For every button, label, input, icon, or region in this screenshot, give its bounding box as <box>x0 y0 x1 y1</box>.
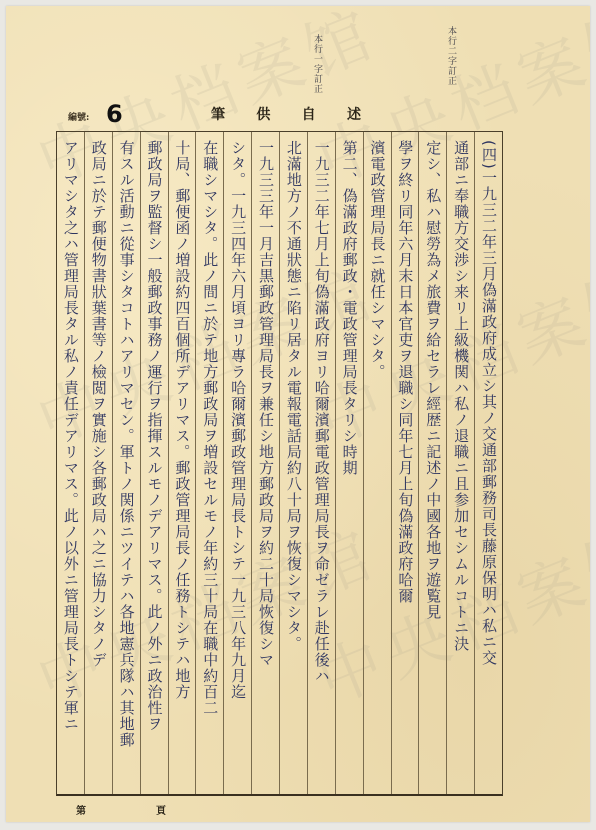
text-column: 在職シマシタ。此ノ間ニ於テ地方郵政局ヲ増設セルモノ年約三十局在職中約百二 <box>195 132 223 794</box>
text-column: 定シ、私ハ慰勞為メ旅費ヲ給セラレ經歴ニ記述ノ中國各地ヲ遊覧見 <box>418 132 446 794</box>
text-column: (四)一九三二年三月偽滿政府成立シ其ノ交通部郵務司長藤原保明ハ私ニ交 <box>474 132 502 794</box>
footer-prefix: 第 <box>76 802 86 817</box>
document-title: 筆 供 自 述 <box>211 104 361 124</box>
column-text: 濱電政管理局長ニ就任シマシタ。 <box>364 140 391 790</box>
serial-label: 編號: <box>68 110 89 123</box>
column-text: 一九三三年一月吉黒郵政管理局長ヲ兼任シ地方郵政局ヲ約二十局恢復シマ <box>252 140 279 790</box>
text-column: 政局ニ於テ郵便物書狀葉書等ノ檢閲ヲ實施シ各郵政局ハ之ニ協力シタノデ <box>84 132 112 794</box>
column-text: (四)一九三二年三月偽滿政府成立シ其ノ交通部郵務司長藤原保明ハ私ニ交 <box>475 140 502 790</box>
column-text: 第二、偽滿政府郵政・電政管理局長タリシ時期 <box>336 140 363 790</box>
column-text: 學ヲ終リ同年六月末日本官吏ヲ退職シ同年七月上旬偽滿政府哈爾 <box>392 140 419 790</box>
column-text: 郵政局ヲ監督シ一般郵政事務ノ運行ヲ指揮スルモノデアリマス。此ノ外ニ政治性ヲ <box>141 140 168 790</box>
column-text: 一九三二年七月上旬偽滿政府ヨリ哈爾濱郵電政管理局長ヲ命ゼラレ赴任後ハ <box>308 140 335 790</box>
column-text: 定シ、私ハ慰勞為メ旅費ヲ給セラレ經歴ニ記述ノ中國各地ヲ遊覧見 <box>419 140 446 790</box>
title-char: 述 <box>347 104 361 124</box>
column-text: 北滿地方ノ不通狀態ニ陷リ居タル電報電話局約八十局ヲ恢復シマシタ。 <box>280 140 307 790</box>
text-column: 濱電政管理局長ニ就任シマシタ。 <box>363 132 391 794</box>
page-footer: 第 頁 <box>76 802 166 817</box>
text-column: 第二、偽滿政府郵政・電政管理局長タリシ時期 <box>335 132 363 794</box>
text-column: 一九三三年一月吉黒郵政管理局長ヲ兼任シ地方郵政局ヲ約二十局恢復シマ <box>251 132 279 794</box>
column-text: シタ。一九三四年六月頃ヨリ專ラ哈爾濱郵政管理局長トシテ一九三八年九月迄 <box>224 140 251 790</box>
text-column: 郵政局ヲ監督シ一般郵政事務ノ運行ヲ指揮スルモノデアリマス。此ノ外ニ政治性ヲ <box>140 132 168 794</box>
title-char: 供 <box>256 104 270 124</box>
text-column: 一九三二年七月上旬偽滿政府ヨリ哈爾濱郵電政管理局長ヲ命ゼラレ赴任後ハ <box>307 132 335 794</box>
document-page: 中央档案馆 中央档案馆 中央档案馆 中央档案馆 中央档案馆 中央档案馆 本行一字… <box>6 6 590 822</box>
column-text: 在職シマシタ。此ノ間ニ於テ地方郵政局ヲ増設セルモノ年約三十局在職中約百二 <box>196 140 223 790</box>
column-text: 通部ニ奉職方交渉シ来リ上級機関ハ私ノ退職ニ且参加セシムルコトニ決 <box>447 140 474 790</box>
text-column: シタ。一九三四年六月頃ヨリ專ラ哈爾濱郵政管理局長トシテ一九三八年九月迄 <box>223 132 251 794</box>
margin-note-left: 本行一字訂正 <box>312 34 321 94</box>
text-column: 有スル活動ニ從事シタコトハアリマセン。軍トノ関係ニツイテハ各地憲兵隊ハ其地郵 <box>112 132 140 794</box>
title-char: 筆 <box>211 104 225 124</box>
column-text: 政局ニ於テ郵便物書狀葉書等ノ檢閲ヲ實施シ各郵政局ハ之ニ協力シタノデ <box>85 140 112 790</box>
margin-note-right: 本行二字訂正 <box>446 26 455 86</box>
column-text: アリマシタ之ハ管理局長タル私ノ責任デアリマス。此ノ以外ニ管理局長トシテ軍ニ <box>57 140 84 790</box>
text-column: 學ヲ終リ同年六月末日本官吏ヲ退職シ同年七月上旬偽滿政府哈爾 <box>391 132 419 794</box>
column-text: 有スル活動ニ從事シタコトハアリマセン。軍トノ関係ニツイテハ各地憲兵隊ハ其地郵 <box>113 140 140 790</box>
footer-suffix: 頁 <box>156 802 166 817</box>
column-text: 十局、郵便函ノ増設約四百個所デアリマス。郵政管理局長ノ任務トシテハ地方 <box>169 140 196 790</box>
text-column: 北滿地方ノ不通狀態ニ陷リ居タル電報電話局約八十局ヲ恢復シマシタ。 <box>279 132 307 794</box>
title-char: 自 <box>302 104 316 124</box>
manuscript-grid: (四)一九三二年三月偽滿政府成立シ其ノ交通部郵務司長藤原保明ハ私ニ交 通部ニ奉職… <box>56 131 503 796</box>
serial-number: 6 <box>106 100 123 128</box>
text-column: 通部ニ奉職方交渉シ来リ上級機関ハ私ノ退職ニ且参加セシムルコトニ決 <box>446 132 474 794</box>
text-column: 十局、郵便函ノ増設約四百個所デアリマス。郵政管理局長ノ任務トシテハ地方 <box>168 132 196 794</box>
text-column: アリマシタ之ハ管理局長タル私ノ責任デアリマス。此ノ以外ニ管理局長トシテ軍ニ <box>57 132 84 794</box>
